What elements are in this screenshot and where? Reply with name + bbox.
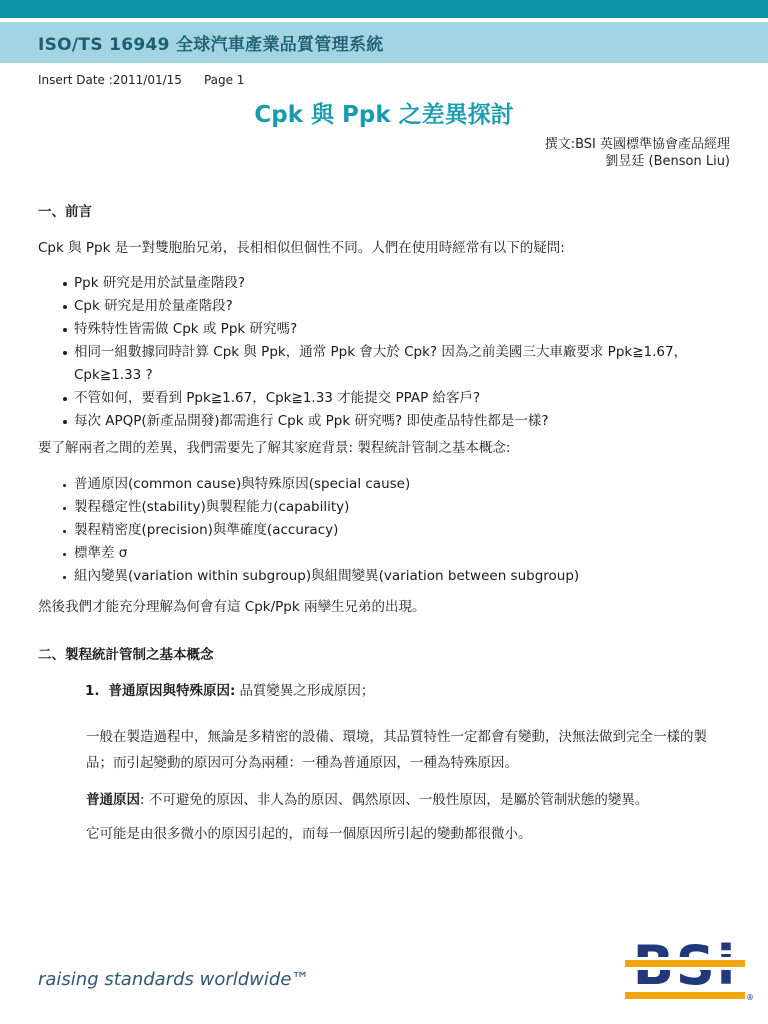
- item-number: 1.: [85, 683, 100, 699]
- document-page: ISO/TS 16949 全球汽車產業品質管理系統 Insert Date :2…: [0, 0, 768, 1024]
- paragraph: 它可能是由很多微小的原因引起的，而每一個原因所引起的變動都很微小。: [86, 821, 730, 847]
- concept-text: 普通原因(common cause)與特殊原因(special cause): [74, 473, 730, 496]
- footer-slogan: raising standards worldwide™: [38, 969, 309, 990]
- insert-date-line: Insert Date :2011/01/15Page 1: [38, 73, 768, 87]
- list-item: 標準差 σ: [38, 542, 730, 565]
- list-item: Cpk 研究是用於量產階段?: [38, 295, 730, 318]
- header-standard-title: ISO/TS 16949 全球汽車產業品質管理系統: [38, 30, 384, 55]
- section1-intro: Cpk 與 Ppk 是一對雙胞胎兄弟，長相相似但個性不同。人們在使用時經常有以下…: [38, 237, 730, 260]
- bsi-logo-stripe: [625, 957, 745, 970]
- bullet-icon: [63, 542, 74, 565]
- list-item: 相同一組數據同時計算 Cpk 與 Ppk，通常 Ppk 會大於 Cpk? 因為之…: [38, 341, 730, 387]
- page-title: Cpk 與 Ppk 之差異探討: [0, 96, 768, 129]
- concept-text: 組內變異(variation within subgroup)與組間變異(var…: [74, 565, 730, 588]
- bullet-icon: [63, 473, 74, 496]
- list-item: Ppk 研究是用於試量產階段?: [38, 272, 730, 295]
- bullet-icon: [63, 341, 74, 387]
- numbered-item-1: 1.普通原因與特殊原因:品質變異之形成原因；: [85, 680, 730, 703]
- section1-bridge: 要了解兩者之間的差異，我們需要先了解其家庭背景: 製程統計管制之基本概念:: [38, 437, 730, 460]
- header-top-band: [0, 0, 768, 18]
- paragraph: 普通原因: 不可避免的原因、非人為的原因、偶然原因、一般性原因，是屬於管制狀態的…: [86, 787, 730, 813]
- bsi-logo-underbar: ®: [625, 992, 745, 999]
- list-item: 製程精密度(precision)與準確度(accuracy): [38, 519, 730, 542]
- bullet-icon: [63, 272, 74, 295]
- concept-text: 標準差 σ: [74, 542, 730, 565]
- document-body: 一、前言 Cpk 與 Ppk 是一對雙胞胎兄弟，長相相似但個性不同。人們在使用時…: [38, 200, 730, 847]
- list-item: 普通原因(common cause)與特殊原因(special cause): [38, 473, 730, 496]
- question-text: 特殊特性皆需做 Cpk 或 Ppk 研究嗎?: [74, 318, 730, 341]
- paragraph-rest: : 不可避免的原因、非人為的原因、偶然原因、一般性原因，是屬於管制狀態的變異。: [140, 792, 648, 808]
- byline: 撰文:BSI 英國標準協會產品經理 劉昱廷 (Benson Liu): [0, 136, 730, 170]
- list-item: 製程穩定性(stability)與製程能力(capability): [38, 496, 730, 519]
- bsi-logo: BSi ®: [625, 944, 745, 999]
- header-title-band: ISO/TS 16949 全球汽車產業品質管理系統: [0, 22, 768, 63]
- bullet-icon: [63, 496, 74, 519]
- bullet-icon: [63, 295, 74, 318]
- section1-heading: 一、前言: [38, 200, 730, 220]
- question-text: 不管如何，要看到 Ppk≧1.67，Cpk≧1.33 才能提交 PPAP 給客戶…: [74, 387, 730, 410]
- section1-closing: 然後我們才能充分理解為何會有這 Cpk/Ppk 兩孿生兄弟的出現。: [38, 596, 730, 619]
- item-definition: 品質變異之形成原因；: [239, 683, 374, 699]
- bullet-icon: [63, 565, 74, 588]
- bullet-icon: [63, 410, 74, 433]
- concept-text: 製程精密度(precision)與準確度(accuracy): [74, 519, 730, 542]
- question-text: 相同一組數據同時計算 Cpk 與 Ppk，通常 Ppk 會大於 Cpk? 因為之…: [74, 341, 730, 387]
- page-number: Page 1: [204, 73, 245, 87]
- registered-mark-icon: ®: [746, 993, 754, 1002]
- paragraph-lead: 普通原因: [86, 792, 140, 808]
- bullet-icon: [63, 387, 74, 410]
- concept-text: 製程穩定性(stability)與製程能力(capability): [74, 496, 730, 519]
- list-item: 不管如何，要看到 Ppk≧1.67，Cpk≧1.33 才能提交 PPAP 給客戶…: [38, 387, 730, 410]
- list-item: 特殊特性皆需做 Cpk 或 Ppk 研究嗎?: [38, 318, 730, 341]
- byline-author-role: 撰文:BSI 英國標準協會產品經理: [0, 136, 730, 153]
- paragraph: 一般在製造過程中，無論是多精密的設備、環境，其品質特性一定都會有變動，決無法做到…: [86, 724, 730, 776]
- concepts-list: 普通原因(common cause)與特殊原因(special cause) 製…: [38, 473, 730, 588]
- question-text: 每次 APQP(新產品開發)都需進行 Cpk 或 Ppk 研究嗎? 即使產品特性…: [74, 410, 730, 433]
- section2-heading: 二、製程統計管制之基本概念: [38, 643, 730, 663]
- list-item: 組內變異(variation within subgroup)與組間變異(var…: [38, 565, 730, 588]
- bullet-icon: [63, 519, 74, 542]
- bullet-icon: [63, 318, 74, 341]
- byline-author-name: 劉昱廷 (Benson Liu): [0, 153, 730, 170]
- list-item: 每次 APQP(新產品開發)都需進行 Cpk 或 Ppk 研究嗎? 即使產品特性…: [38, 410, 730, 433]
- question-text: Cpk 研究是用於量產階段?: [74, 295, 730, 318]
- insert-date: Insert Date :2011/01/15: [38, 73, 182, 87]
- question-text: Ppk 研究是用於試量產階段?: [74, 272, 730, 295]
- item-term: 普通原因與特殊原因:: [109, 683, 236, 699]
- questions-list: Ppk 研究是用於試量產階段? Cpk 研究是用於量產階段? 特殊特性皆需做 C…: [38, 272, 730, 433]
